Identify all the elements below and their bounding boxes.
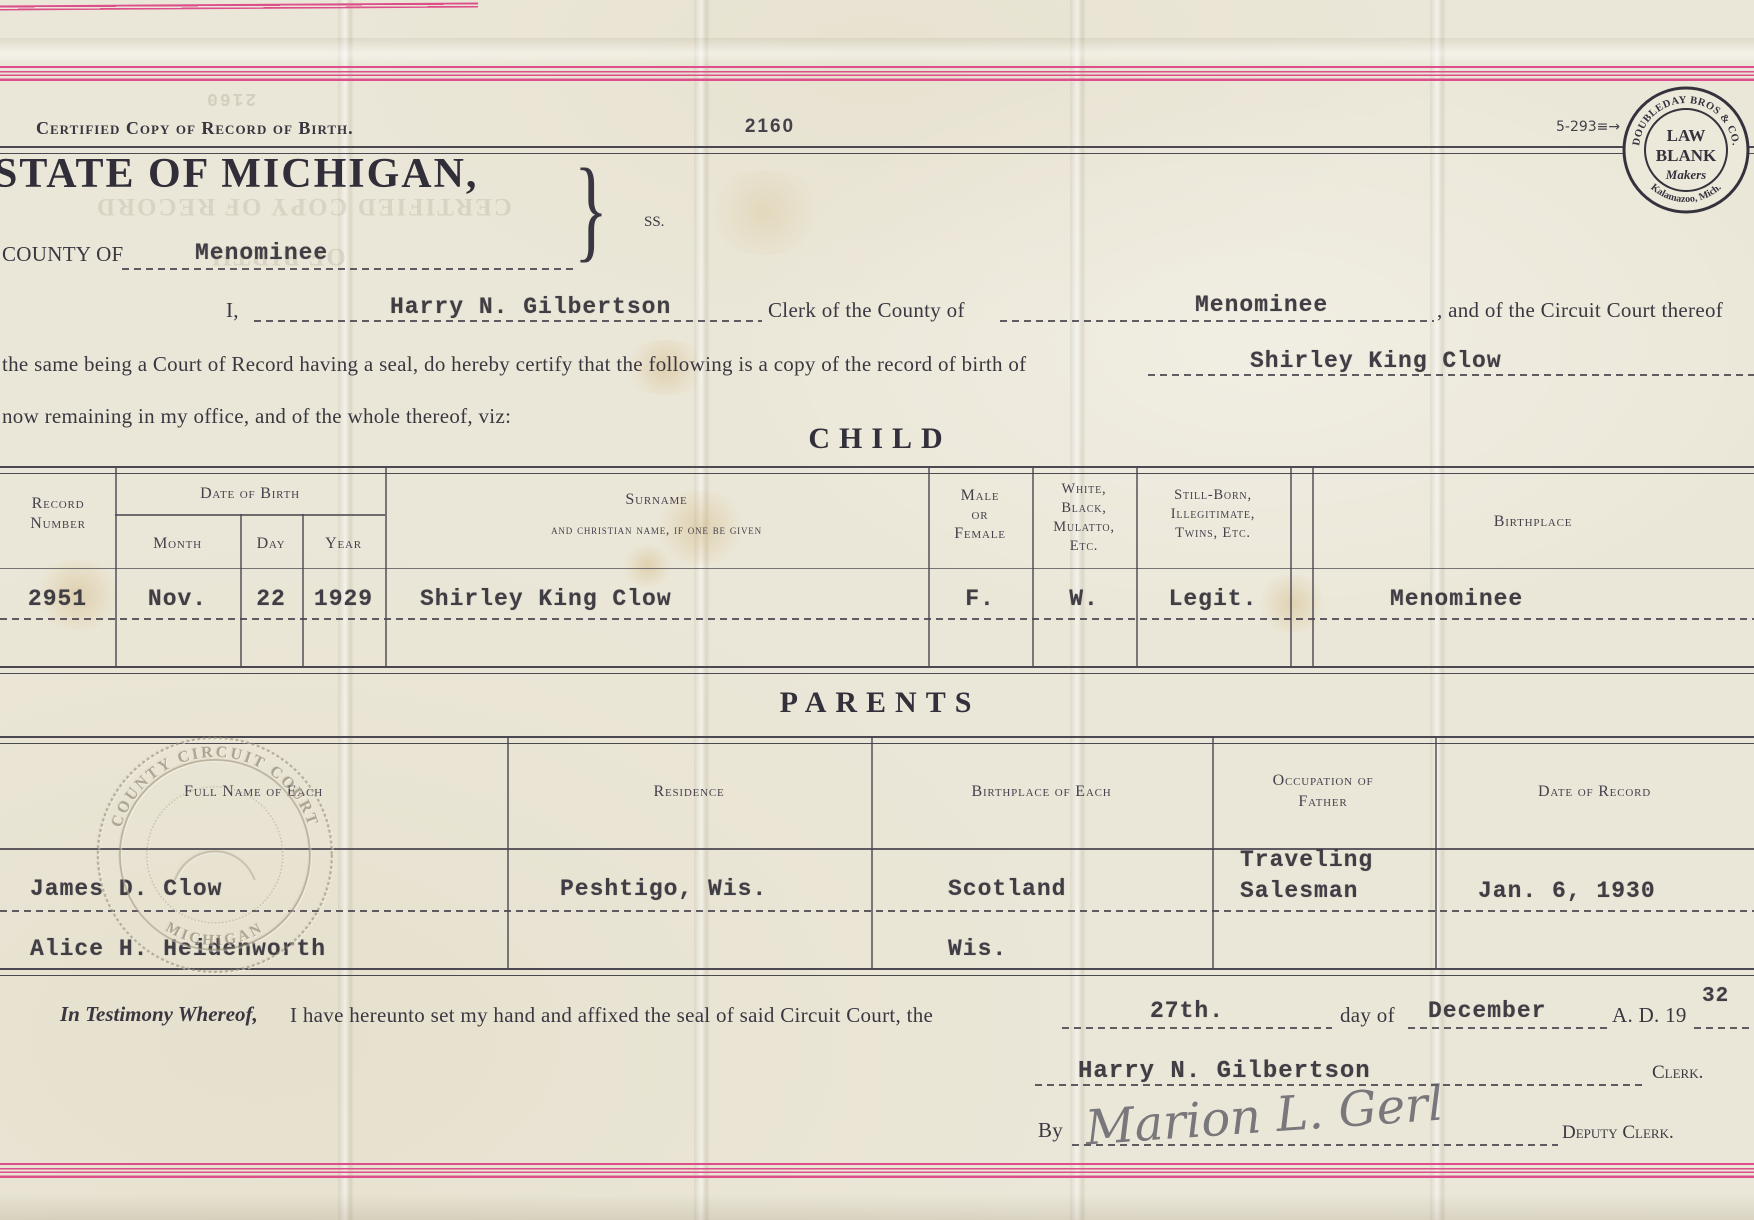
- col-header-race: White, Black, Mulatto, Etc.: [1044, 480, 1124, 556]
- parents-col-line: [1435, 736, 1437, 968]
- col-header-parent-birthplace: Birthplace of Each: [871, 782, 1212, 802]
- child-name-fill-line: [1148, 374, 1754, 376]
- circuit-court-thereof-text: , and of the Circuit Court thereof: [1437, 298, 1723, 323]
- date-of-record-value: Jan. 6, 1930: [1478, 878, 1656, 904]
- year-typed: 32: [1702, 985, 1729, 1008]
- clerk-label: Clerk.: [1652, 1062, 1703, 1084]
- child-section-title: CHILD: [800, 422, 960, 456]
- form-code: 5-293≡→: [1556, 119, 1620, 135]
- paper-edge-shadow: [0, 1194, 1754, 1220]
- father-residence-value: Peshtigo, Wis.: [560, 876, 767, 902]
- document-number: 2160: [700, 116, 840, 138]
- brace: }: [574, 152, 608, 266]
- child-row-writing-line: [0, 618, 1754, 620]
- race-value: W.: [1032, 586, 1136, 612]
- parents-col-line: [871, 736, 873, 968]
- stamp-line3: Makers: [1665, 167, 1706, 182]
- col-header-year: Year: [302, 534, 385, 554]
- county2-fill-line: [1000, 320, 1434, 322]
- county-value: Menominee: [195, 240, 328, 266]
- embossed-court-seal: COUNTY CIRCUIT COURT MICHIGAN: [90, 730, 340, 980]
- stain: [700, 170, 830, 255]
- mother-birthplace-value: Wis.: [948, 936, 1007, 962]
- state-title: STATE OF MICHIGAN,: [0, 150, 478, 198]
- birth-certificate-document: 2160 CERTIFIED COPY OF RECORD OF BIRTH C…: [0, 0, 1754, 1220]
- col-header-birthplace: Birthplace: [1312, 512, 1754, 532]
- month-fill-line: [1408, 1027, 1608, 1029]
- child-table-top-rule: [0, 466, 1754, 474]
- child-table-bottom-rule: [0, 666, 1754, 674]
- i-label: I,: [226, 298, 239, 323]
- month-typed: December: [1428, 998, 1546, 1024]
- clerk-name-typed: Harry N. Gilbertson: [390, 294, 671, 320]
- father-birthplace-value: Scotland: [948, 876, 1066, 902]
- birthplace-value: Menominee: [1390, 586, 1523, 612]
- seal-bottom-text: MICHIGAN: [163, 920, 267, 950]
- day-fill-line: [1062, 1027, 1332, 1029]
- child-col-line: [1032, 466, 1034, 666]
- svg-text:MICHIGAN: MICHIGAN: [163, 920, 267, 950]
- col-header-surname-sub: and christian name, if one be given: [385, 520, 928, 540]
- ss-label: SS.: [644, 214, 664, 231]
- birth-day-value: 22: [240, 586, 302, 612]
- certificate-header-label: Certified Copy of Record of Birth.: [36, 118, 354, 139]
- ghost-text: 2160: [205, 88, 256, 108]
- clerk-typed-signature: Harry N. Gilbertson: [1078, 1058, 1371, 1085]
- birth-month-value: Nov.: [115, 586, 240, 612]
- county-fill-line: [122, 268, 574, 270]
- pink-ruled-band-bottom: [0, 1163, 1754, 1178]
- col-header-date-of-record: Date of Record: [1435, 782, 1754, 802]
- day-typed: 27th.: [1150, 998, 1224, 1024]
- child-col-line: [1312, 466, 1314, 666]
- child-header-bottom-rule: [0, 568, 1754, 569]
- clerk-of-county-text: Clerk of the County of: [768, 298, 965, 323]
- col-header-occupation: Occupation of Father: [1248, 770, 1398, 812]
- certify-text: the same being a Court of Record having …: [2, 352, 1026, 377]
- year-fill-line: [1694, 1027, 1752, 1029]
- stain: [620, 545, 675, 587]
- father-occupation-value: Traveling Salesman: [1240, 845, 1410, 907]
- fold-crease: [0, 38, 1754, 66]
- child-col-line: [1290, 466, 1292, 666]
- seal-inner-ring: [147, 787, 283, 923]
- record-number-value: 2951: [0, 586, 115, 612]
- ad-19-label: A. D. 19: [1612, 1003, 1687, 1028]
- testimony-body: I have hereunto set my hand and affixed …: [290, 1003, 933, 1028]
- pink-ruled-band-top: [0, 66, 1754, 81]
- law-blank-maker-stamp: DOUBLEDAY BROS & CO. Kalamazoo, Mich. LA…: [1620, 84, 1752, 216]
- remaining-text: now remaining in my office, and of the w…: [2, 404, 511, 429]
- county-of-label: COUNTY OF: [2, 242, 124, 267]
- county2-typed: Menominee: [1195, 292, 1328, 318]
- col-header-date-of-birth: Date of Birth: [115, 484, 385, 504]
- child-name-typed: Shirley King Clow: [1250, 348, 1502, 374]
- col-header-sex: Male or Female: [952, 486, 1008, 543]
- child-col-line: [928, 466, 930, 666]
- col-header-month: Month: [115, 534, 240, 554]
- deputy-clerk-label: Deputy Clerk.: [1562, 1122, 1674, 1144]
- col-header-day: Day: [240, 534, 302, 554]
- dob-subheader-rule: [115, 514, 385, 516]
- fold-crease: [694, 0, 710, 1220]
- clerk-name-fill-line: [254, 320, 762, 322]
- by-label: By: [1038, 1118, 1063, 1143]
- pink-ruled-line-top-edge: [0, 3, 478, 11]
- col-header-surname: Surname: [385, 490, 928, 510]
- col-header-record-number: Record Number: [8, 494, 108, 534]
- child-full-name-value: Shirley King Clow: [420, 586, 672, 612]
- col-header-residence: Residence: [507, 782, 871, 802]
- legitimacy-value: Legit.: [1136, 586, 1290, 612]
- testimony-lead: In Testimony Whereof,: [60, 1002, 258, 1027]
- seal-flourish: [175, 852, 255, 881]
- col-header-status: Still-Born, Illegitimate, Twins, Etc.: [1153, 486, 1273, 543]
- day-of-label: day of: [1340, 1003, 1395, 1028]
- stamp-line2: BLANK: [1656, 146, 1717, 165]
- child-col-line: [1136, 466, 1138, 666]
- parents-col-line: [507, 736, 509, 968]
- stamp-line1: LAW: [1667, 126, 1706, 145]
- sex-value: F.: [928, 586, 1032, 612]
- parents-col-line: [1212, 736, 1214, 968]
- birth-year-value: 1929: [302, 586, 385, 612]
- parents-section-title: PARENTS: [770, 686, 990, 720]
